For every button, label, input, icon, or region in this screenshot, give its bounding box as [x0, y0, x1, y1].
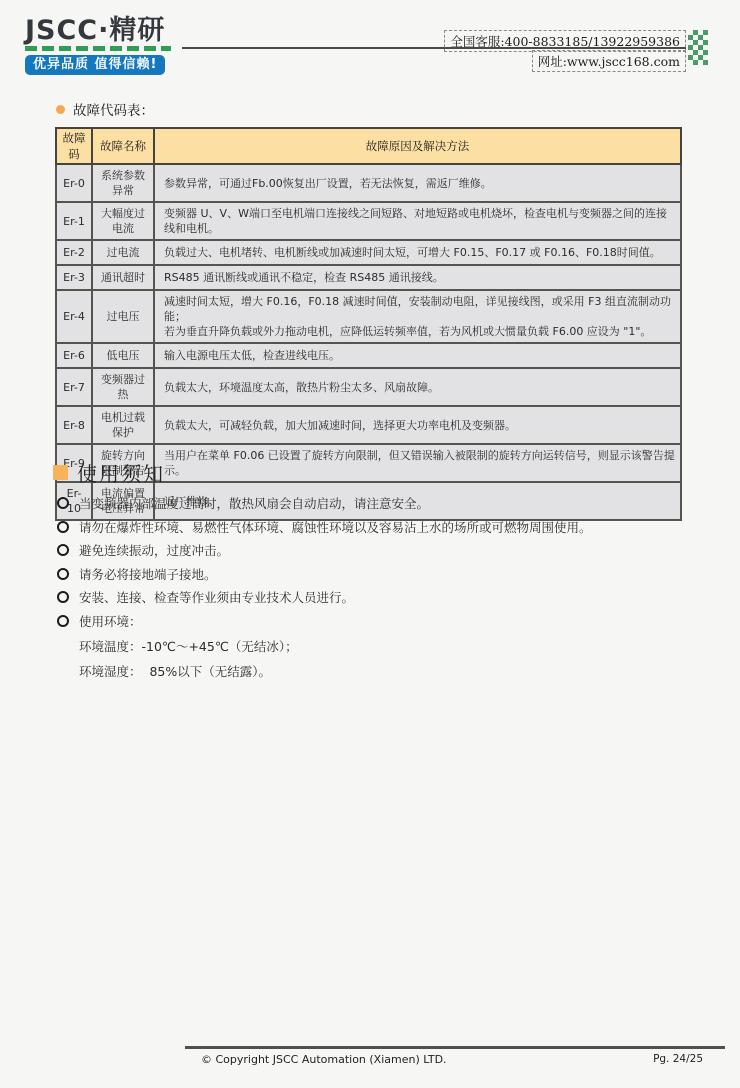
fault-desc-cell: 负载太大，环境温度太高，散热片粉尘太多、风扇故障。: [154, 368, 681, 406]
circle-bullet-icon: [57, 591, 69, 603]
fault-desc-cell: 参数异常，可通过Fb.00恢复出厂设置，若无法恢复，需返厂维修。: [154, 164, 681, 202]
company-logo: JSCC·精研: [25, 16, 165, 46]
fault-table-row: Er-0系统参数异常参数异常，可通过Fb.00恢复出厂设置，若无法恢复，需返厂维…: [56, 164, 681, 202]
usage-note-text: 请勿在爆炸性环境、易燃性气体环境、腐蚀性环境以及容易沾上水的场所或可燃物周围使用…: [79, 520, 592, 535]
usage-note-item: 使用环境：: [57, 614, 697, 629]
usage-note-subline: 环境湿度： 85%以下（无结露）。: [79, 662, 697, 681]
fault-code-cell: Er-1: [56, 202, 92, 240]
circle-bullet-icon: [57, 521, 69, 533]
fault-name-cell: 过电流: [92, 240, 154, 265]
fault-table-row: Er-4过电压减速时间太短，增大 F0.16，F0.18 减速时间值，安装制动电…: [56, 290, 681, 343]
usage-note-text: 使用环境：: [79, 614, 142, 629]
fault-desc-cell: 负载过大、电机堵转、电机断线或加减速时间太短，可增大 F0.15、F0.17 或…: [154, 240, 681, 265]
fault-table-row: Er-6低电压输入电源电压太低，检查进线电压。: [56, 343, 681, 368]
fault-desc-cell: RS485 通讯断线或通讯不稳定，检查 RS485 通讯接线。: [154, 265, 681, 290]
circle-bullet-icon: [57, 615, 69, 627]
usage-note-item: 请务必将接地端子接地。: [57, 567, 697, 582]
website-url: 网址:www.jscc168.com: [532, 50, 686, 72]
fault-code-cell: Er-3: [56, 265, 92, 290]
usage-notes-heading: 使用须知: [53, 458, 165, 487]
fault-name-cell: 大幅度过电流: [92, 202, 154, 240]
fault-table-row: Er-8电机过载保护负载太大，可减轻负载，加大加减速时间，选择更大功率电机及变频…: [56, 406, 681, 444]
fault-name-cell: 电机过载保护: [92, 406, 154, 444]
fault-name-cell: 通讯超时: [92, 265, 154, 290]
circle-bullet-icon: [57, 568, 69, 580]
fault-code-cell: Er-7: [56, 368, 92, 406]
circle-bullet-icon: [57, 544, 69, 556]
usage-note-text: 当变频器内部温度过高时，散热风扇会自动启动，请注意安全。: [79, 496, 429, 511]
fault-name-cell: 低电压: [92, 343, 154, 368]
service-hotline: 全国客服:400-8833185/13922959386: [444, 30, 686, 52]
usage-note-text: 安装、连接、检查等作业须由专业技术人员进行。: [79, 590, 354, 605]
usage-note-item: 当变频器内部温度过高时，散热风扇会自动启动，请注意安全。: [57, 496, 697, 511]
fault-table-heading: 故障代码表：: [56, 99, 154, 119]
usage-note-item: 请勿在爆炸性环境、易燃性气体环境、腐蚀性环境以及容易沾上水的场所或可燃物周围使用…: [57, 520, 697, 535]
fault-table-title: 故障代码表：: [73, 99, 154, 119]
usage-notes-list: 当变频器内部温度过高时，散热风扇会自动启动，请注意安全。请勿在爆炸性环境、易燃性…: [57, 496, 697, 681]
slogan-banner: 优异品质 值得信赖!: [25, 55, 165, 75]
fault-table-row: Er-7变频器过热负载太大，环境温度太高，散热片粉尘太多、风扇故障。: [56, 368, 681, 406]
usage-notes-title: 使用须知: [77, 458, 165, 487]
fault-code-cell: Er-8: [56, 406, 92, 444]
fault-desc-cell: 负载太大，可减轻负载，加大加减速时间，选择更大功率电机及变频器。: [154, 406, 681, 444]
copyright-text: © Copyright JSCC Automation (Xiamen) LTD…: [201, 1053, 447, 1066]
col-header-name: 故障名称: [92, 128, 154, 164]
usage-note-text: 请务必将接地端子接地。: [79, 567, 217, 582]
page-number: Pg. 24/25: [653, 1053, 703, 1065]
col-header-cause: 故障原因及解决方法: [154, 128, 681, 164]
table-header-row: 故障码 故障名称 故障原因及解决方法: [56, 128, 681, 164]
fault-name-cell: 变频器过热: [92, 368, 154, 406]
usage-note-item: 避免连续振动，过度冲击。: [57, 543, 697, 558]
fault-table-row: Er-3通讯超时RS485 通讯断线或通讯不稳定，检查 RS485 通讯接线。: [56, 265, 681, 290]
fault-name-cell: 过电压: [92, 290, 154, 343]
circle-bullet-icon: [57, 497, 69, 509]
fault-desc-cell: 变频器 U、V、W端口至电机端口连接线之间短路、对地短路或电机烧坏，检查电机与变…: [154, 202, 681, 240]
logo-dashed-underline: [25, 46, 171, 51]
usage-note-subline: 环境温度：-10℃～+45℃（无结冰）；: [79, 637, 697, 656]
usage-note-text: 避免连续振动，过度冲击。: [79, 543, 229, 558]
footer-divider: [185, 1046, 725, 1049]
fault-name-cell: 系统参数异常: [92, 164, 154, 202]
fault-code-cell: Er-6: [56, 343, 92, 368]
fault-code-cell: Er-0: [56, 164, 92, 202]
usage-note-item: 安装、连接、检查等作业须由专业技术人员进行。: [57, 590, 697, 605]
fault-desc-cell: 减速时间太短，增大 F0.16，F0.18 减速时间值，安装制动电阻，详见接线图…: [154, 290, 681, 343]
fault-code-cell: Er-2: [56, 240, 92, 265]
section-square-icon: [53, 465, 68, 480]
col-header-code: 故障码: [56, 128, 92, 164]
fault-table-row: Er-2过电流负载过大、电机堵转、电机断线或加减速时间太短，可增大 F0.15、…: [56, 240, 681, 265]
fault-desc-cell: 当用户在菜单 F0.06 已设置了旋转方向限制，但又错误输入被限制的旋转方向运转…: [154, 444, 681, 482]
bullet-dot-icon: [56, 105, 65, 114]
fault-table-row: Er-1大幅度过电流变频器 U、V、W端口至电机端口连接线之间短路、对地短路或电…: [56, 202, 681, 240]
manual-page: JSCC·精研 优异品质 值得信赖! 全国客服:400-8833185/1392…: [0, 0, 740, 1088]
fault-code-cell: Er-4: [56, 290, 92, 343]
fault-desc-cell: 输入电源电压太低，检查进线电压。: [154, 343, 681, 368]
checkerboard-icon: [688, 30, 708, 65]
